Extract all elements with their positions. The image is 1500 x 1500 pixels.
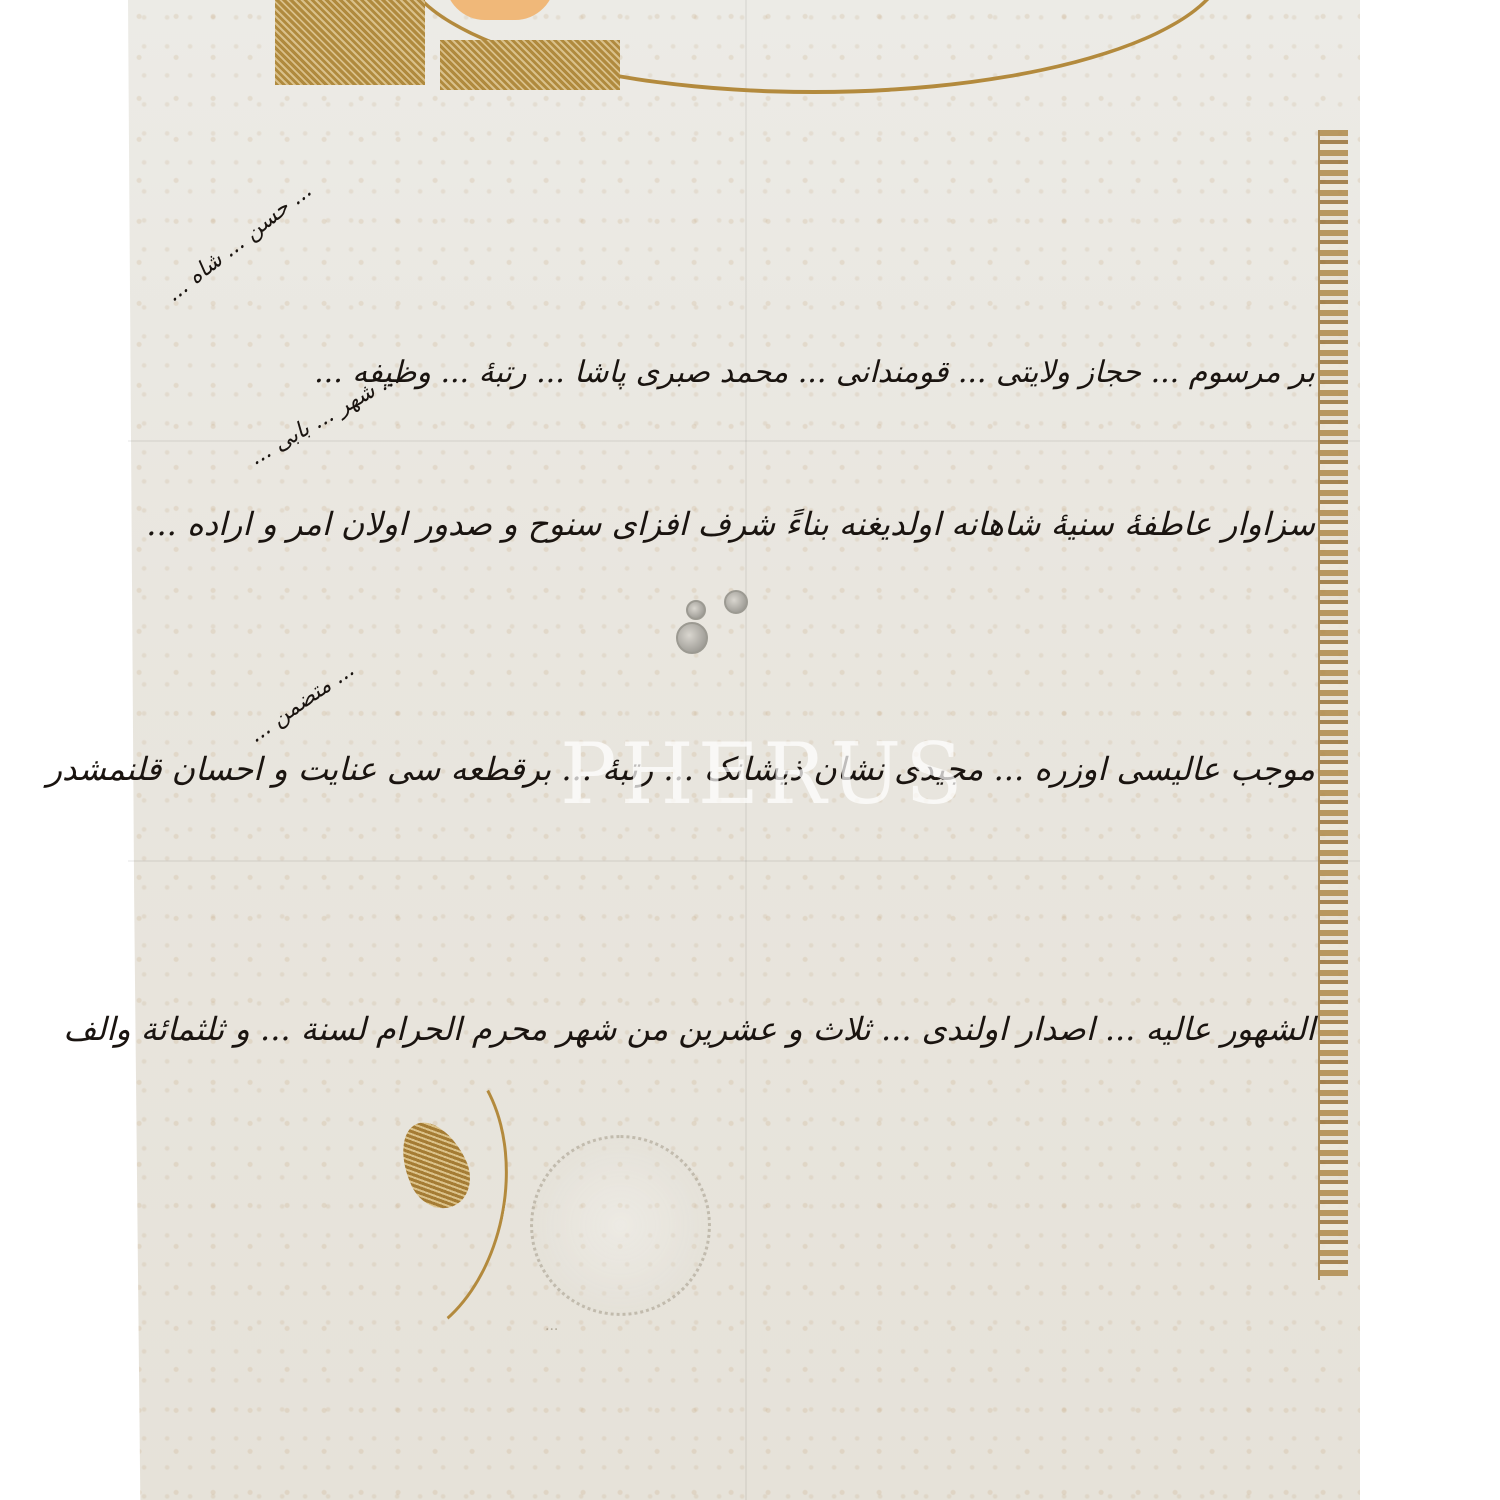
wax-spot-icon [724, 590, 748, 614]
seal-caption: ... [545, 1318, 558, 1334]
tughra-calligraphy-block [440, 40, 620, 90]
gilded-border [1318, 130, 1348, 1280]
text-line: بر مرسوم ... حجاز ولایتی ... قومندانی ..… [314, 355, 1315, 390]
wax-spot-icon [676, 622, 708, 654]
text-line: الشهور عالیه ... اصدار اولندی ... ثلاث و… [63, 1010, 1315, 1048]
embossed-seal [530, 1135, 711, 1316]
text-line: سزاوار عاطفهٔ سنیهٔ شاهانه اولدیغنه بناء… [146, 505, 1315, 543]
fold-line [128, 860, 1360, 862]
tughra-calligraphy-block [275, 0, 425, 85]
watermark: PHERUS [560, 725, 967, 823]
wax-spot-icon [686, 600, 706, 620]
fold-line [128, 440, 1360, 442]
